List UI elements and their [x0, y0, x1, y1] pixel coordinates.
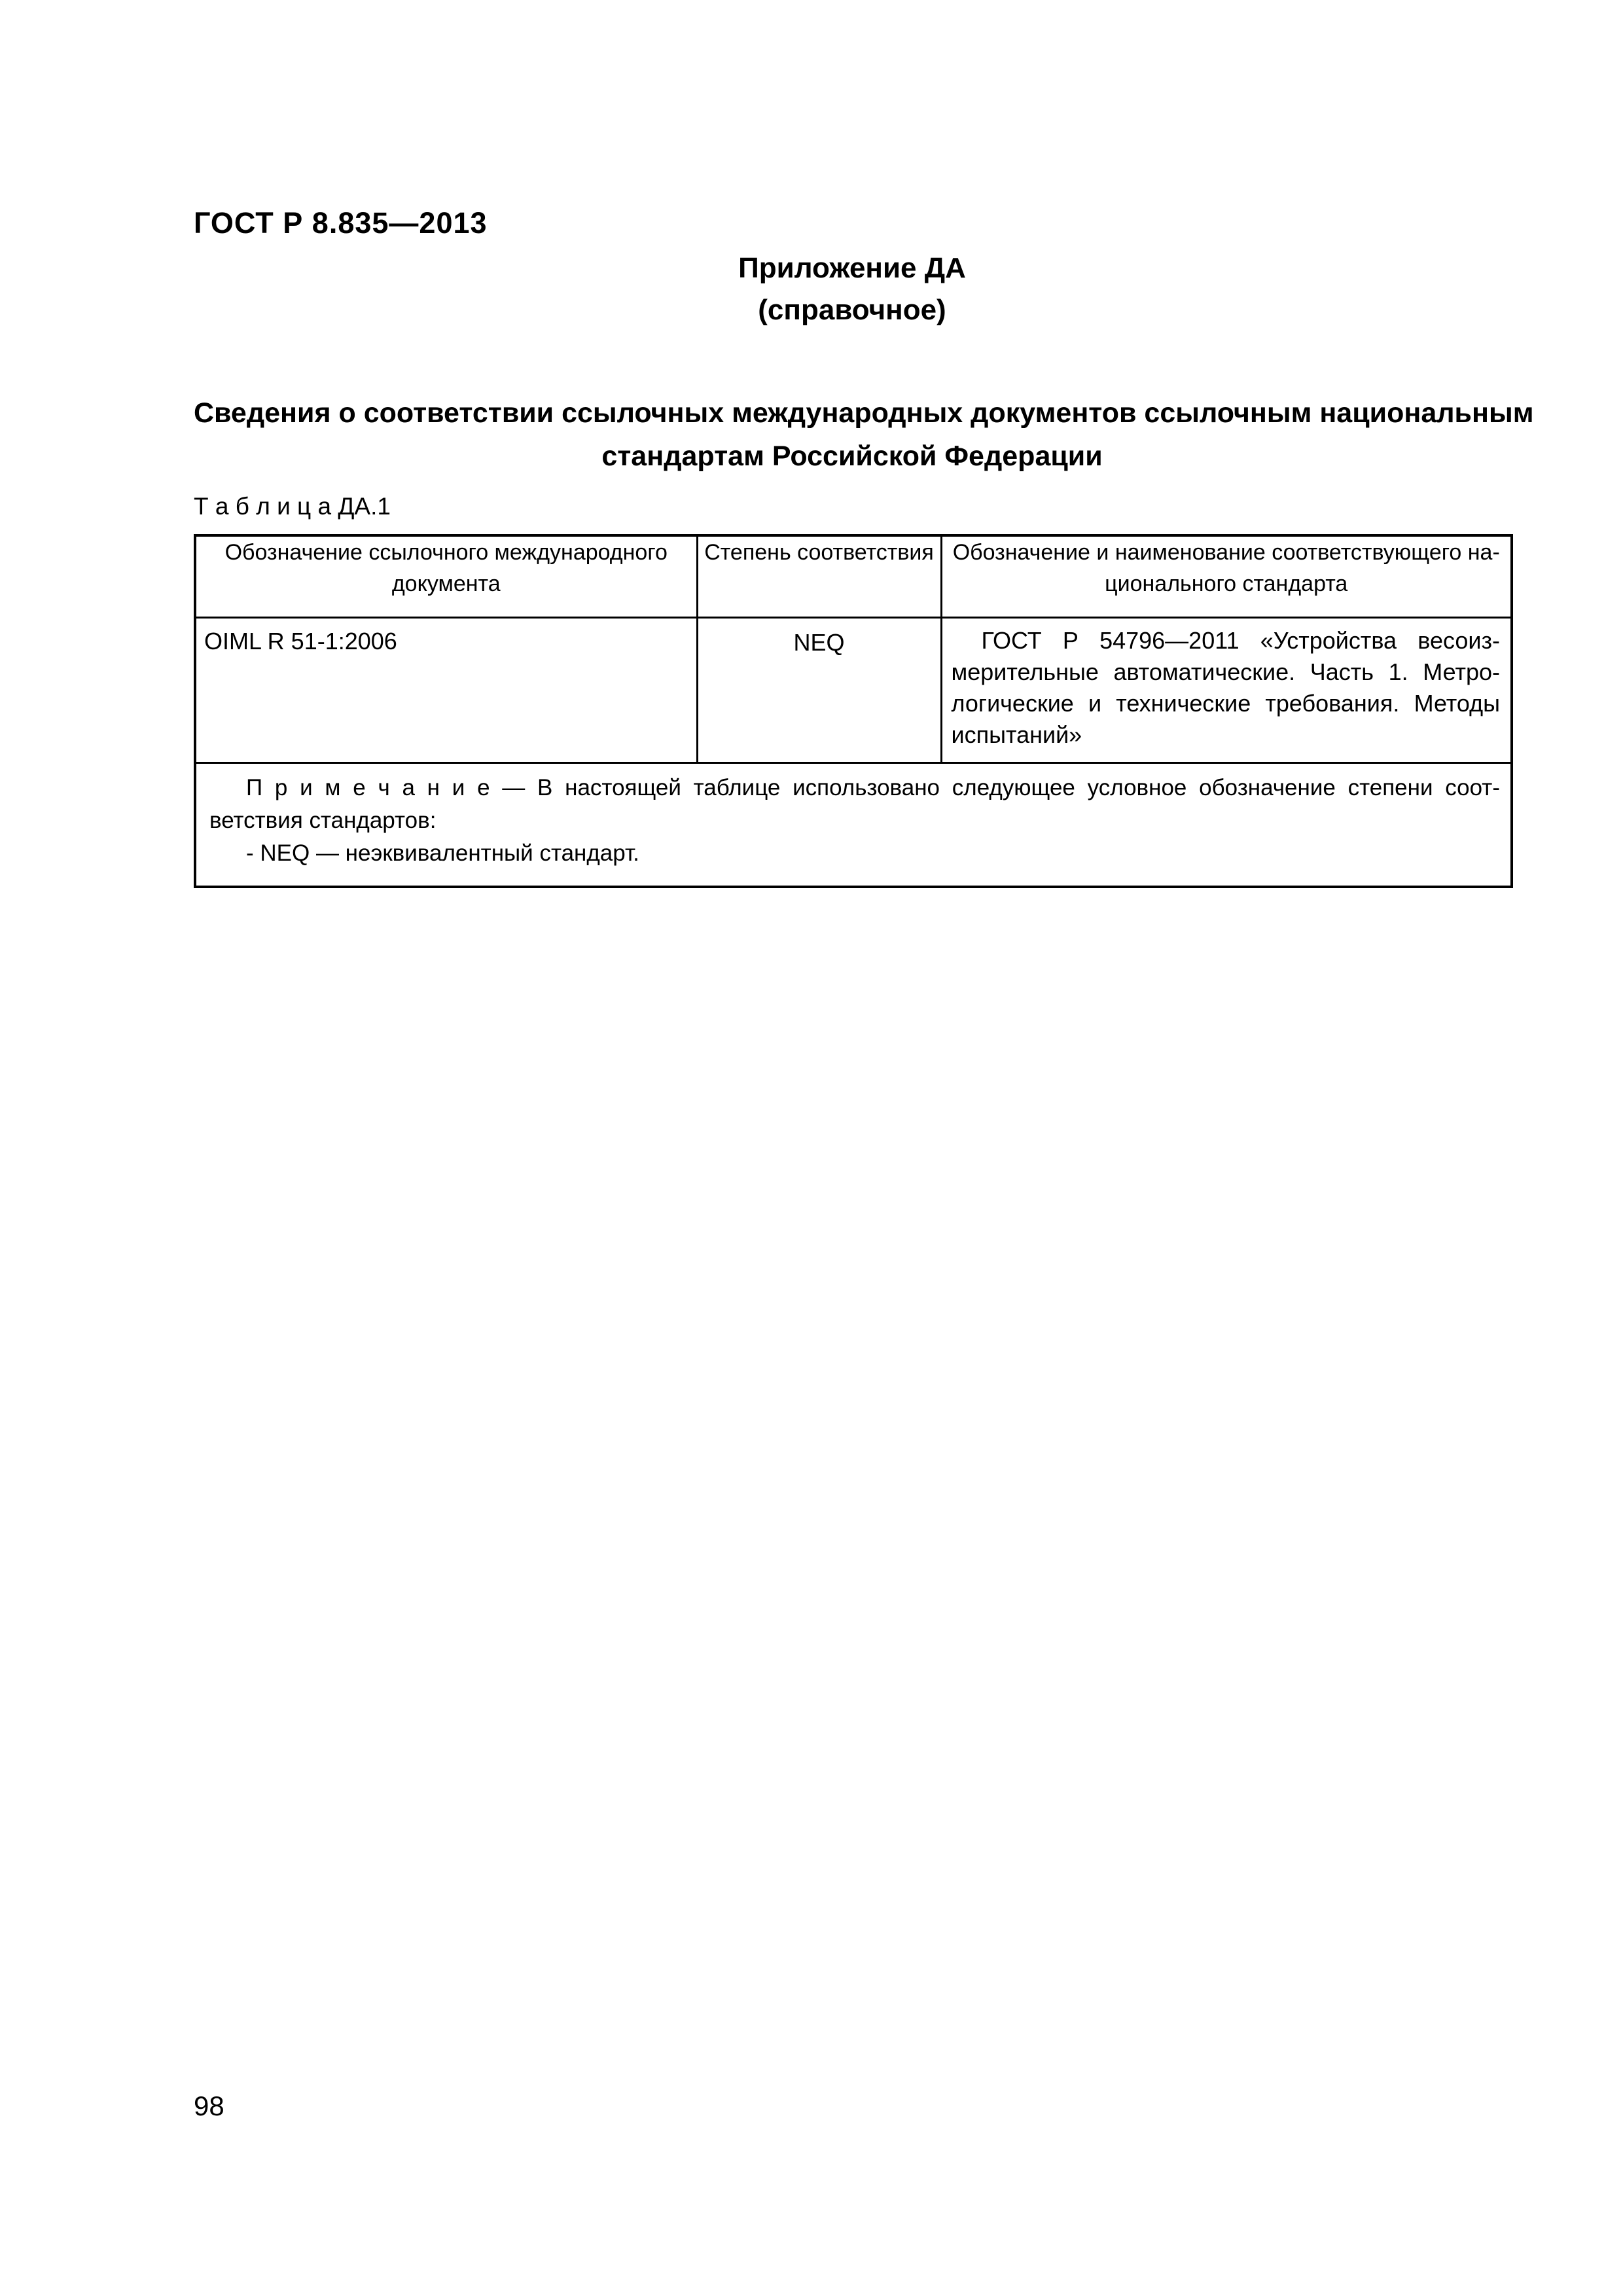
correspondence-table: Обозначение ссылочного международного до… [194, 534, 1513, 888]
column-header-degree: Степень соответствия [697, 535, 941, 618]
note-line-2: ветствия стандартов: [209, 804, 1500, 837]
column-header-national-line-1: Обозначение и наименование соответствующ… [948, 537, 1506, 568]
column-header-intl-doc-line-1: Обозначение ссылочного международного [202, 537, 691, 568]
note-line-3: - NEQ — неэквивалентный стандарт. [209, 837, 1500, 870]
table-note-row: П р и м е ч а н и е — В настоящей таблиц… [195, 763, 1512, 888]
document-page: ГОСТ Р 8.835—2013 Приложение ДА (справоч… [0, 0, 1623, 2296]
column-header-intl-doc-line-2: документа [202, 568, 691, 600]
section-title-line-1: Сведения о соответствии ссылочных междун… [194, 391, 1510, 435]
table-note-cell: П р и м е ч а н и е — В настоящей таблиц… [195, 763, 1512, 888]
column-header-national-line-2: ционального стандарта [948, 568, 1506, 600]
annex-subtitle: (справочное) [194, 289, 1510, 331]
cell-degree: NEQ [697, 618, 941, 763]
national-standard-line-4: испытаний» [952, 719, 1501, 751]
annex-title: Приложение ДА [194, 247, 1510, 289]
national-standard-line-3: логические и технические требования. Мет… [952, 688, 1501, 719]
cell-national-standard: ГОСТ Р 54796—2011 «Устройства весоиз- ме… [941, 618, 1512, 763]
column-header-intl-doc: Обозначение ссылочного международного до… [195, 535, 697, 618]
page-number: 98 [194, 2090, 224, 2122]
section-title-line-2: стандартам Российской Федерации [194, 435, 1510, 478]
note-line-1: П р и м е ч а н и е — В настоящей таблиц… [209, 772, 1500, 804]
annex-block: Приложение ДА (справочное) [194, 247, 1510, 331]
column-header-national-standard: Обозначение и наименование соответствующ… [941, 535, 1512, 618]
table-caption: Т а б л и ц а ДА.1 [194, 493, 391, 520]
national-standard-line-1: ГОСТ Р 54796—2011 «Устройства весоиз- [952, 625, 1501, 656]
table-header-row: Обозначение ссылочного международного до… [195, 535, 1512, 618]
cell-intl-doc: OIML R 51-1:2006 [195, 618, 697, 763]
table-row: OIML R 51-1:2006 NEQ ГОСТ Р 54796—2011 «… [195, 618, 1512, 763]
national-standard-line-2: мерительные автоматические. Часть 1. Мет… [952, 656, 1501, 688]
doc-code: ГОСТ Р 8.835—2013 [194, 206, 488, 240]
section-title: Сведения о соответствии ссылочных междун… [194, 391, 1510, 478]
